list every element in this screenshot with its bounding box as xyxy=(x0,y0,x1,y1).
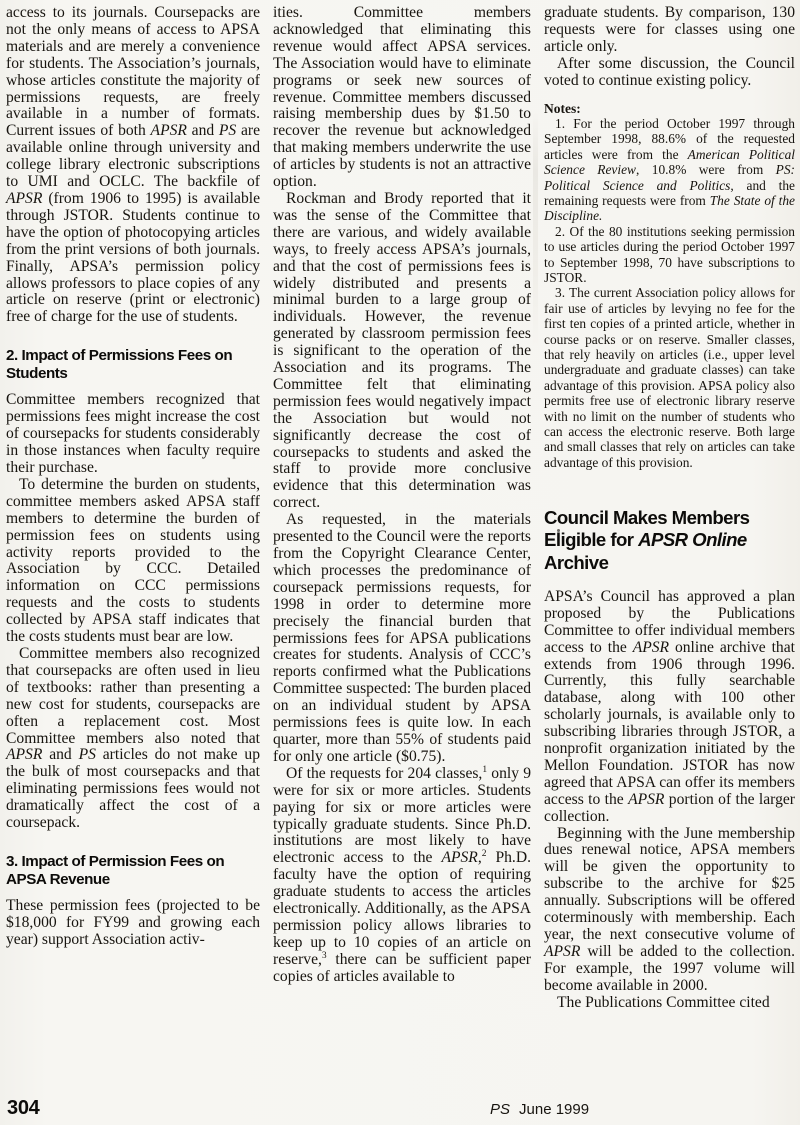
paragraph: As requested, in the materials presented… xyxy=(273,512,531,766)
page-footer: 304 PSJune 1999 xyxy=(0,1097,800,1121)
footnote: 3. The current Association policy allows… xyxy=(544,285,795,470)
footnote: 1. For the period October 1997 through S… xyxy=(544,116,795,224)
column-left: access to its journals. Coursepacks are … xyxy=(6,5,260,1125)
paragraph: The Publications Committee cited xyxy=(544,995,795,1012)
page-number: 304 xyxy=(7,1097,39,1120)
scan-speck xyxy=(557,529,560,532)
footnote: 2. Of the 80 institutions seeking permis… xyxy=(544,224,795,286)
journal-abbrev: PS xyxy=(490,1101,510,1118)
issue-date: June 1999 xyxy=(519,1101,589,1118)
paragraph: After some discussion, the Council voted… xyxy=(544,56,795,90)
paragraph: Committee members also recognized that c… xyxy=(6,646,260,832)
paragraph: Committee members recognized that permis… xyxy=(6,392,260,477)
section-heading: 3. Impact of Permission Fees onAPSA Reve… xyxy=(6,853,260,888)
paragraph: Beginning with the June membership dues … xyxy=(544,826,795,995)
paragraph: APSA’s Council has approved a plan propo… xyxy=(544,589,795,826)
paragraph: These permission fees (projected to be $… xyxy=(6,898,260,949)
column-middle: ities. Committee members acknowledged th… xyxy=(273,5,531,1125)
paragraph: ities. Committee members acknowledged th… xyxy=(273,5,531,191)
column-right: graduate students. By comparison, 130 re… xyxy=(544,5,795,1125)
paragraph: access to its journals. Coursepacks are … xyxy=(6,5,260,326)
running-footer: PSJune 1999 xyxy=(490,1101,589,1118)
notes-label: Notes: xyxy=(544,101,795,116)
paragraph: Of the requests for 204 classes,1 only 9… xyxy=(273,766,531,986)
article-heading: Council Makes MembersEligible for APSR O… xyxy=(544,507,795,574)
paragraph: To determine the burden on students, com… xyxy=(6,477,260,646)
journal-page: access to its journals. Coursepacks are … xyxy=(0,0,800,1125)
paragraph: Rockman and Brody reported that it was t… xyxy=(273,191,531,512)
section-heading: 2. Impact of Permissions Fees onStudents xyxy=(6,347,260,382)
paragraph: graduate students. By comparison, 130 re… xyxy=(544,5,795,56)
scan-smudge xyxy=(533,112,538,347)
